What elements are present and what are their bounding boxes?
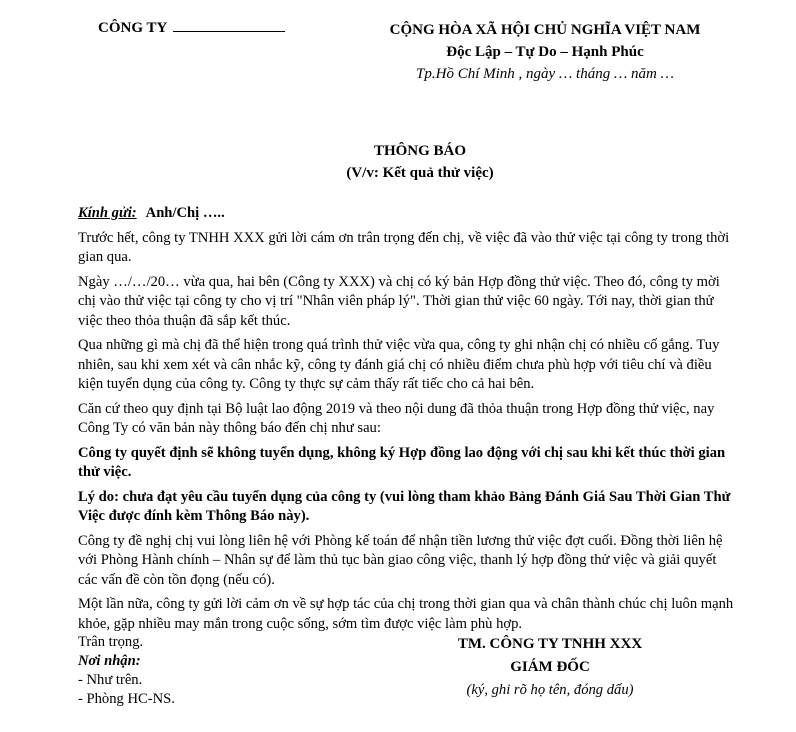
greeting-label: Kính gửi: — [78, 204, 142, 224]
company-name-blank — [173, 19, 285, 32]
signature-note: (ký, ghi rõ họ tên, đóng dấu) — [420, 679, 680, 702]
paragraph-contract: Ngày …/…/20… vừa qua, hai bên (Công ty X… — [78, 273, 738, 332]
recipient-item: - Phòng HC-NS. — [78, 690, 175, 709]
paragraph-closing-wishes: Một lần nữa, công ty gửi lời cảm ơn về s… — [78, 595, 738, 634]
regards: Trân trọng. — [78, 633, 175, 652]
paragraph-legal-basis: Căn cứ theo quy định tại Bộ luật lao độn… — [78, 400, 738, 439]
recipients-label: Nơi nhận: — [78, 652, 175, 671]
document-title-block: THÔNG BÁO (V/v: Kết quả thử việc) — [220, 140, 620, 184]
national-motto: Độc Lập – Tự Do – Hạnh Phúc — [330, 41, 760, 63]
document-subject: (V/v: Kết quả thử việc) — [220, 162, 620, 184]
paragraph-decision: Công ty quyết định sẽ không tuyển dụng, … — [78, 444, 738, 483]
greeting: Kính gửi: Anh/Chị ….. — [78, 204, 738, 224]
national-title: CỘNG HÒA XÃ HỘI CHỦ NGHĨA VIỆT NAM — [330, 19, 760, 41]
signature-position: GIÁM ĐỐC — [420, 656, 680, 679]
paragraph-thanks: Trước hết, công ty TNHH XXX gửi lời cám … — [78, 229, 738, 268]
place-date: Tp.Hồ Chí Minh , ngày … tháng … năm … — [330, 63, 760, 85]
recipient-item: - Như trên. — [78, 671, 175, 690]
national-header: CỘNG HÒA XÃ HỘI CHỦ NGHĨA VIỆT NAM Độc L… — [330, 19, 760, 85]
greeting-recipient: Anh/Chị ….. — [146, 205, 225, 221]
paragraph-reason: Lý do: chưa đạt yêu cầu tuyển dụng của c… — [78, 488, 738, 527]
company-label: CÔNG TY — [98, 20, 167, 36]
document-body: Kính gửi: Anh/Chị ….. Trước hết, công ty… — [78, 204, 738, 639]
document-title: THÔNG BÁO — [220, 140, 620, 162]
closing-left: Trân trọng. Nơi nhận: - Như trên. - Phòn… — [78, 633, 175, 709]
paragraph-instructions: Công ty đề nghị chị vui lòng liên hệ với… — [78, 532, 738, 591]
signature-org: TM. CÔNG TY TNHH XXX — [420, 633, 680, 656]
paragraph-evaluation: Qua những gì mà chị đã thể hiện trong qu… — [78, 336, 738, 395]
company-header: CÔNG TY — [98, 19, 285, 37]
signature-block: TM. CÔNG TY TNHH XXX GIÁM ĐỐC (ký, ghi r… — [420, 633, 680, 702]
